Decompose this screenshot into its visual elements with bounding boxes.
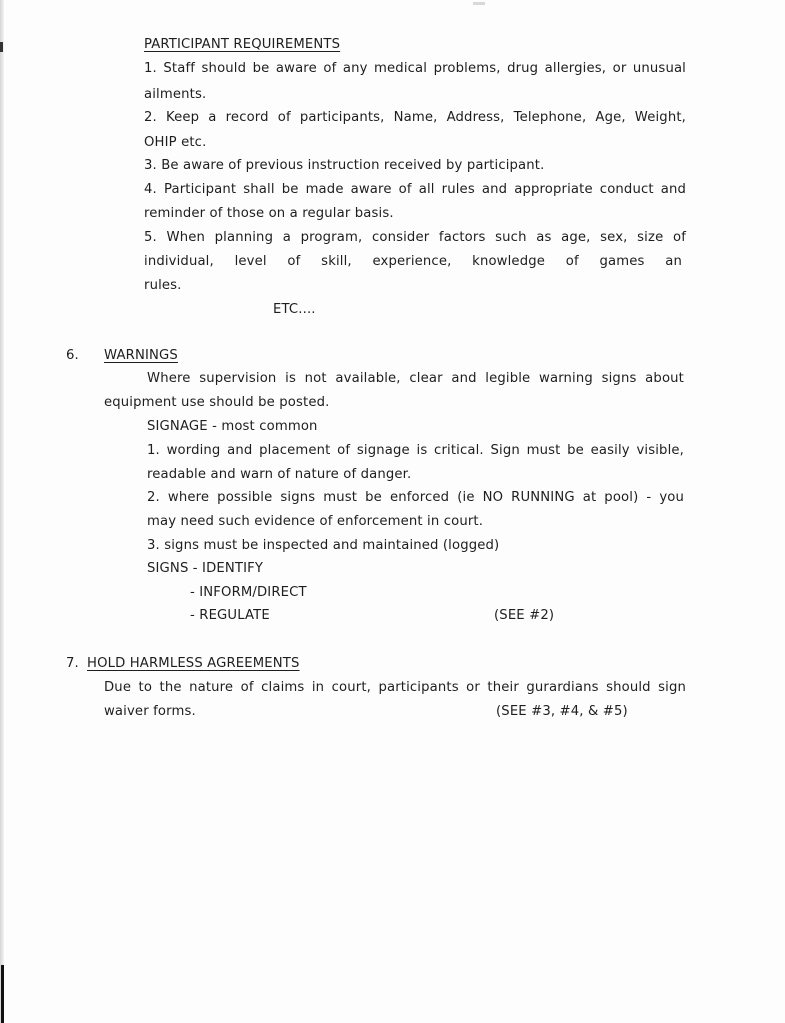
see-ref-2: (SEE #2) xyxy=(494,608,554,623)
signage-2-line1: 2. where possible signs must be enforced… xyxy=(147,490,684,505)
requirement-1-line1: 1. Staff should be aware of any medical … xyxy=(144,61,686,76)
requirement-5-line1: 5. When planning a program, consider fac… xyxy=(144,230,686,245)
section-title-warnings: WARNINGS xyxy=(104,348,178,363)
etc-text: ETC.... xyxy=(273,302,316,317)
signs-identify: SIGNS - IDENTIFY xyxy=(147,561,263,576)
requirement-1-line2: ailments. xyxy=(144,87,206,102)
requirement-3: 3. Be aware of previous instruction rece… xyxy=(144,158,544,173)
requirement-2-line2: OHIP etc. xyxy=(144,135,206,150)
signage-1-line2: readable and warn of nature of danger. xyxy=(147,467,411,482)
scan-mark xyxy=(0,42,3,52)
hold-harmless-line2: waiver forms. xyxy=(104,704,196,719)
hold-harmless-line1: Due to the nature of claims in court, pa… xyxy=(104,680,686,695)
section-number-6: 6. xyxy=(66,348,79,363)
signage-2-line2: may need such evidence of enforcement in… xyxy=(147,514,483,529)
warnings-intro-line1: Where supervision is not available, clea… xyxy=(147,371,684,386)
signs-regulate: - REGULATE xyxy=(190,608,270,623)
requirement-5-line3: rules. xyxy=(144,278,182,293)
scan-edge-line xyxy=(1,965,4,1023)
scan-smudge xyxy=(473,2,485,5)
requirement-5-line2: individual, level of skill, experience, … xyxy=(144,254,682,269)
section-number-7: 7. xyxy=(66,656,79,671)
requirement-4-line2: reminder of those on a regular basis. xyxy=(144,206,394,221)
signage-3: 3. signs must be inspected and maintaine… xyxy=(147,538,499,553)
warnings-intro-line2: equipment use should be posted. xyxy=(104,395,329,410)
see-ref-3-4-5: (SEE #3, #4, & #5) xyxy=(496,704,628,719)
section-title-hold-harmless: HOLD HARMLESS AGREEMENTS xyxy=(87,656,300,671)
requirement-2-line1: 2. Keep a record of participants, Name, … xyxy=(144,110,686,125)
section-title-participant-requirements: PARTICIPANT REQUIREMENTS xyxy=(144,37,340,52)
signage-1-line1: 1. wording and placement of signage is c… xyxy=(147,443,684,458)
scan-edge xyxy=(0,0,4,1023)
signs-inform-direct: - INFORM/DIRECT xyxy=(190,585,307,600)
requirement-4-line1: 4. Participant shall be made aware of al… xyxy=(144,182,686,197)
signage-heading: SIGNAGE - most common xyxy=(147,419,318,434)
